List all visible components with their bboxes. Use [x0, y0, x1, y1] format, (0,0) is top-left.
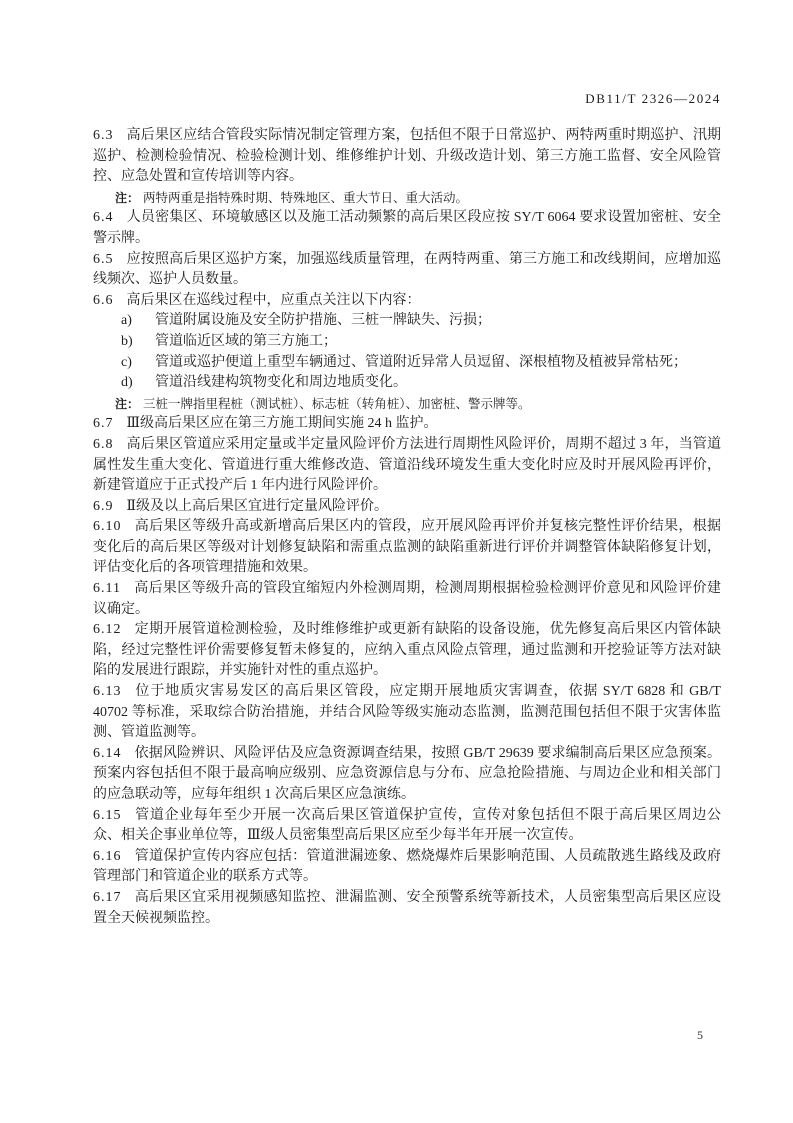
clause-6-14: 6.14依据风险辨识、风险评估及应急资源调查结果，按照 GB/T 29639 要…	[93, 744, 721, 806]
document-content: 6.3高后果区应结合管段实际情况制定管理方案，包括但不限于日常巡护、两特两重时期…	[93, 126, 721, 929]
clause-number: 6.3	[93, 126, 114, 147]
clause-6-13: 6.13位于地质灾害易发区的高后果区管段，应定期开展地质灾害调查，依据 SY/T…	[93, 682, 721, 744]
note-label: 注：	[115, 397, 139, 411]
clause-number: 6.9	[93, 497, 114, 518]
clause-text: Ⅱ级及以上高后果区宜进行定量风险评价。	[127, 499, 389, 514]
clause-text: 高后果区宜采用视频感知监控、泄漏监测、安全预警系统等新技术，人员密集型高后果区应…	[93, 890, 721, 926]
clause-number: 6.17	[93, 888, 122, 909]
clause-text: 高后果区等级升高的管段宜缩短内外检测周期，检测周期根据检验检测评价意见和风险评价…	[93, 581, 721, 617]
clause-text: 高后果区在巡线过程中，应重点关注以下内容：	[127, 293, 421, 308]
clause-text: 管道保护宣传内容应包括：管道泄漏迹象、燃烧爆炸后果影响范围、人员疏散逃生路线及政…	[93, 849, 721, 885]
list-item-d: d)管道沿线建构筑物变化和周边地质变化。	[93, 373, 721, 394]
clause-6-11: 6.11高后果区等级升高的管段宜缩短内外检测周期，检测周期根据检验检测评价意见和…	[93, 579, 721, 620]
clause-number: 6.13	[93, 682, 122, 703]
list-item-c: c)管道或巡护便道上重型车辆通过、管道附近异常人员逗留、深根植物及植被异常枯死；	[93, 353, 721, 374]
clause-text: 定期开展管道检测检验，及时维修维护或更新有缺陷的设备设施，优先修复高后果区内管体…	[93, 622, 721, 678]
clause-text: 高后果区等级升高或新增高后果区内的管段，应开展风险再评价并复核完整性评价结果，根…	[93, 519, 721, 575]
clause-6-3-note: 注：两特两重是指特殊时期、特殊地区、重大节日、重大活动。	[93, 188, 721, 209]
clause-6-17: 6.17高后果区宜采用视频感知监控、泄漏监测、安全预警系统等新技术，人员密集型高…	[93, 888, 721, 929]
clause-text: 人员密集区、环境敏感区以及施工活动频繁的高后果区段应按 SY/T 6064 要求…	[93, 210, 721, 246]
clause-number: 6.10	[93, 517, 122, 538]
clause-text: 高后果区管道应采用定量或半定量风险评价方法进行周期性风险评价，周期不超过 3 年…	[93, 437, 721, 493]
list-item-label: b)	[121, 332, 133, 353]
clause-text: 高后果区应结合管段实际情况制定管理方案，包括但不限于日常巡护、两特两重时期巡护、…	[93, 128, 721, 184]
list-item-label: a)	[121, 311, 132, 332]
clause-text: 依据风险辨识、风险评估及应急资源调查结果，按照 GB/T 29639 要求编制高…	[93, 746, 721, 802]
clause-number: 6.14	[93, 744, 122, 765]
note-label: 注：	[115, 191, 139, 205]
clause-number: 6.5	[93, 250, 114, 271]
clause-text: 应按照高后果区巡护方案，加强巡线质量管理，在两特两重、第三方施工和改线期间，应增…	[93, 252, 721, 288]
note-text: 三桩一牌指里程桩（测试桩）、标志桩（转角桩）、加密桩、警示牌等。	[143, 397, 531, 411]
clause-number: 6.16	[93, 847, 122, 868]
list-item-text: 管道附属设施及安全防护措施、三桩一牌缺失、污损；	[155, 313, 491, 328]
clause-6-8: 6.8高后果区管道应采用定量或半定量风险评价方法进行周期性风险评价，周期不超过 …	[93, 435, 721, 497]
page-number: 5	[93, 1028, 703, 1043]
clause-number: 6.11	[93, 579, 121, 600]
list-item-b: b)管道临近区域的第三方施工；	[93, 332, 721, 353]
clause-6-3: 6.3高后果区应结合管段实际情况制定管理方案，包括但不限于日常巡护、两特两重时期…	[93, 126, 721, 188]
clause-6-12: 6.12定期开展管道检测检验，及时维修维护或更新有缺陷的设备设施，优先修复高后果…	[93, 620, 721, 682]
clause-text: 管道企业每年至少开展一次高后果区管道保护宣传，宣传对象包括但不限于高后果区周边公…	[93, 808, 721, 844]
clause-6-15: 6.15管道企业每年至少开展一次高后果区管道保护宣传，宣传对象包括但不限于高后果…	[93, 806, 721, 847]
list-item-a: a)管道附属设施及安全防护措施、三桩一牌缺失、污损；	[93, 311, 721, 332]
clause-text: 位于地质灾害易发区的高后果区管段，应定期开展地质灾害调查，依据 SY/T 682…	[93, 684, 721, 740]
clause-number: 6.15	[93, 806, 122, 827]
note-text: 两特两重是指特殊时期、特殊地区、重大节日、重大活动。	[143, 191, 468, 205]
list-item-label: d)	[121, 373, 133, 394]
list-item-text: 管道临近区域的第三方施工；	[155, 334, 337, 349]
doc-code-header: DB11/T 2326—2024	[93, 91, 721, 107]
clause-6-9: 6.9Ⅱ级及以上高后果区宜进行定量风险评价。	[93, 497, 721, 518]
list-item-text: 管道或巡护便道上重型车辆通过、管道附近异常人员逗留、深根植物及植被异常枯死；	[155, 355, 687, 370]
clause-6-7: 6.7Ⅲ级高后果区应在第三方施工期间实施 24 h 监护。	[93, 414, 721, 435]
clause-6-10: 6.10高后果区等级升高或新增高后果区内的管段，应开展风险再评价并复核完整性评价…	[93, 517, 721, 579]
clause-text: Ⅲ级高后果区应在第三方施工期间实施 24 h 监护。	[127, 416, 438, 431]
clause-number: 6.6	[93, 291, 114, 312]
document-page: DB11/T 2326—2024 6.3高后果区应结合管段实际情况制定管理方案，…	[0, 0, 793, 1123]
clause-6-6-note: 注：三桩一牌指里程桩（测试桩）、标志桩（转角桩）、加密桩、警示牌等。	[93, 394, 721, 415]
clause-6-6: 6.6高后果区在巡线过程中，应重点关注以下内容：	[93, 291, 721, 312]
clause-number: 6.7	[93, 414, 114, 435]
list-item-text: 管道沿线建构筑物变化和周边地质变化。	[155, 375, 407, 390]
clause-6-16: 6.16管道保护宣传内容应包括：管道泄漏迹象、燃烧爆炸后果影响范围、人员疏散逃生…	[93, 847, 721, 888]
list-item-label: c)	[121, 353, 132, 374]
clause-6-4: 6.4人员密集区、环境敏感区以及施工活动频繁的高后果区段应按 SY/T 6064…	[93, 208, 721, 249]
clause-number: 6.8	[93, 435, 114, 456]
clause-number: 6.4	[93, 208, 114, 229]
clause-number: 6.12	[93, 620, 122, 641]
clause-6-5: 6.5应按照高后果区巡护方案，加强巡线质量管理，在两特两重、第三方施工和改线期间…	[93, 250, 721, 291]
